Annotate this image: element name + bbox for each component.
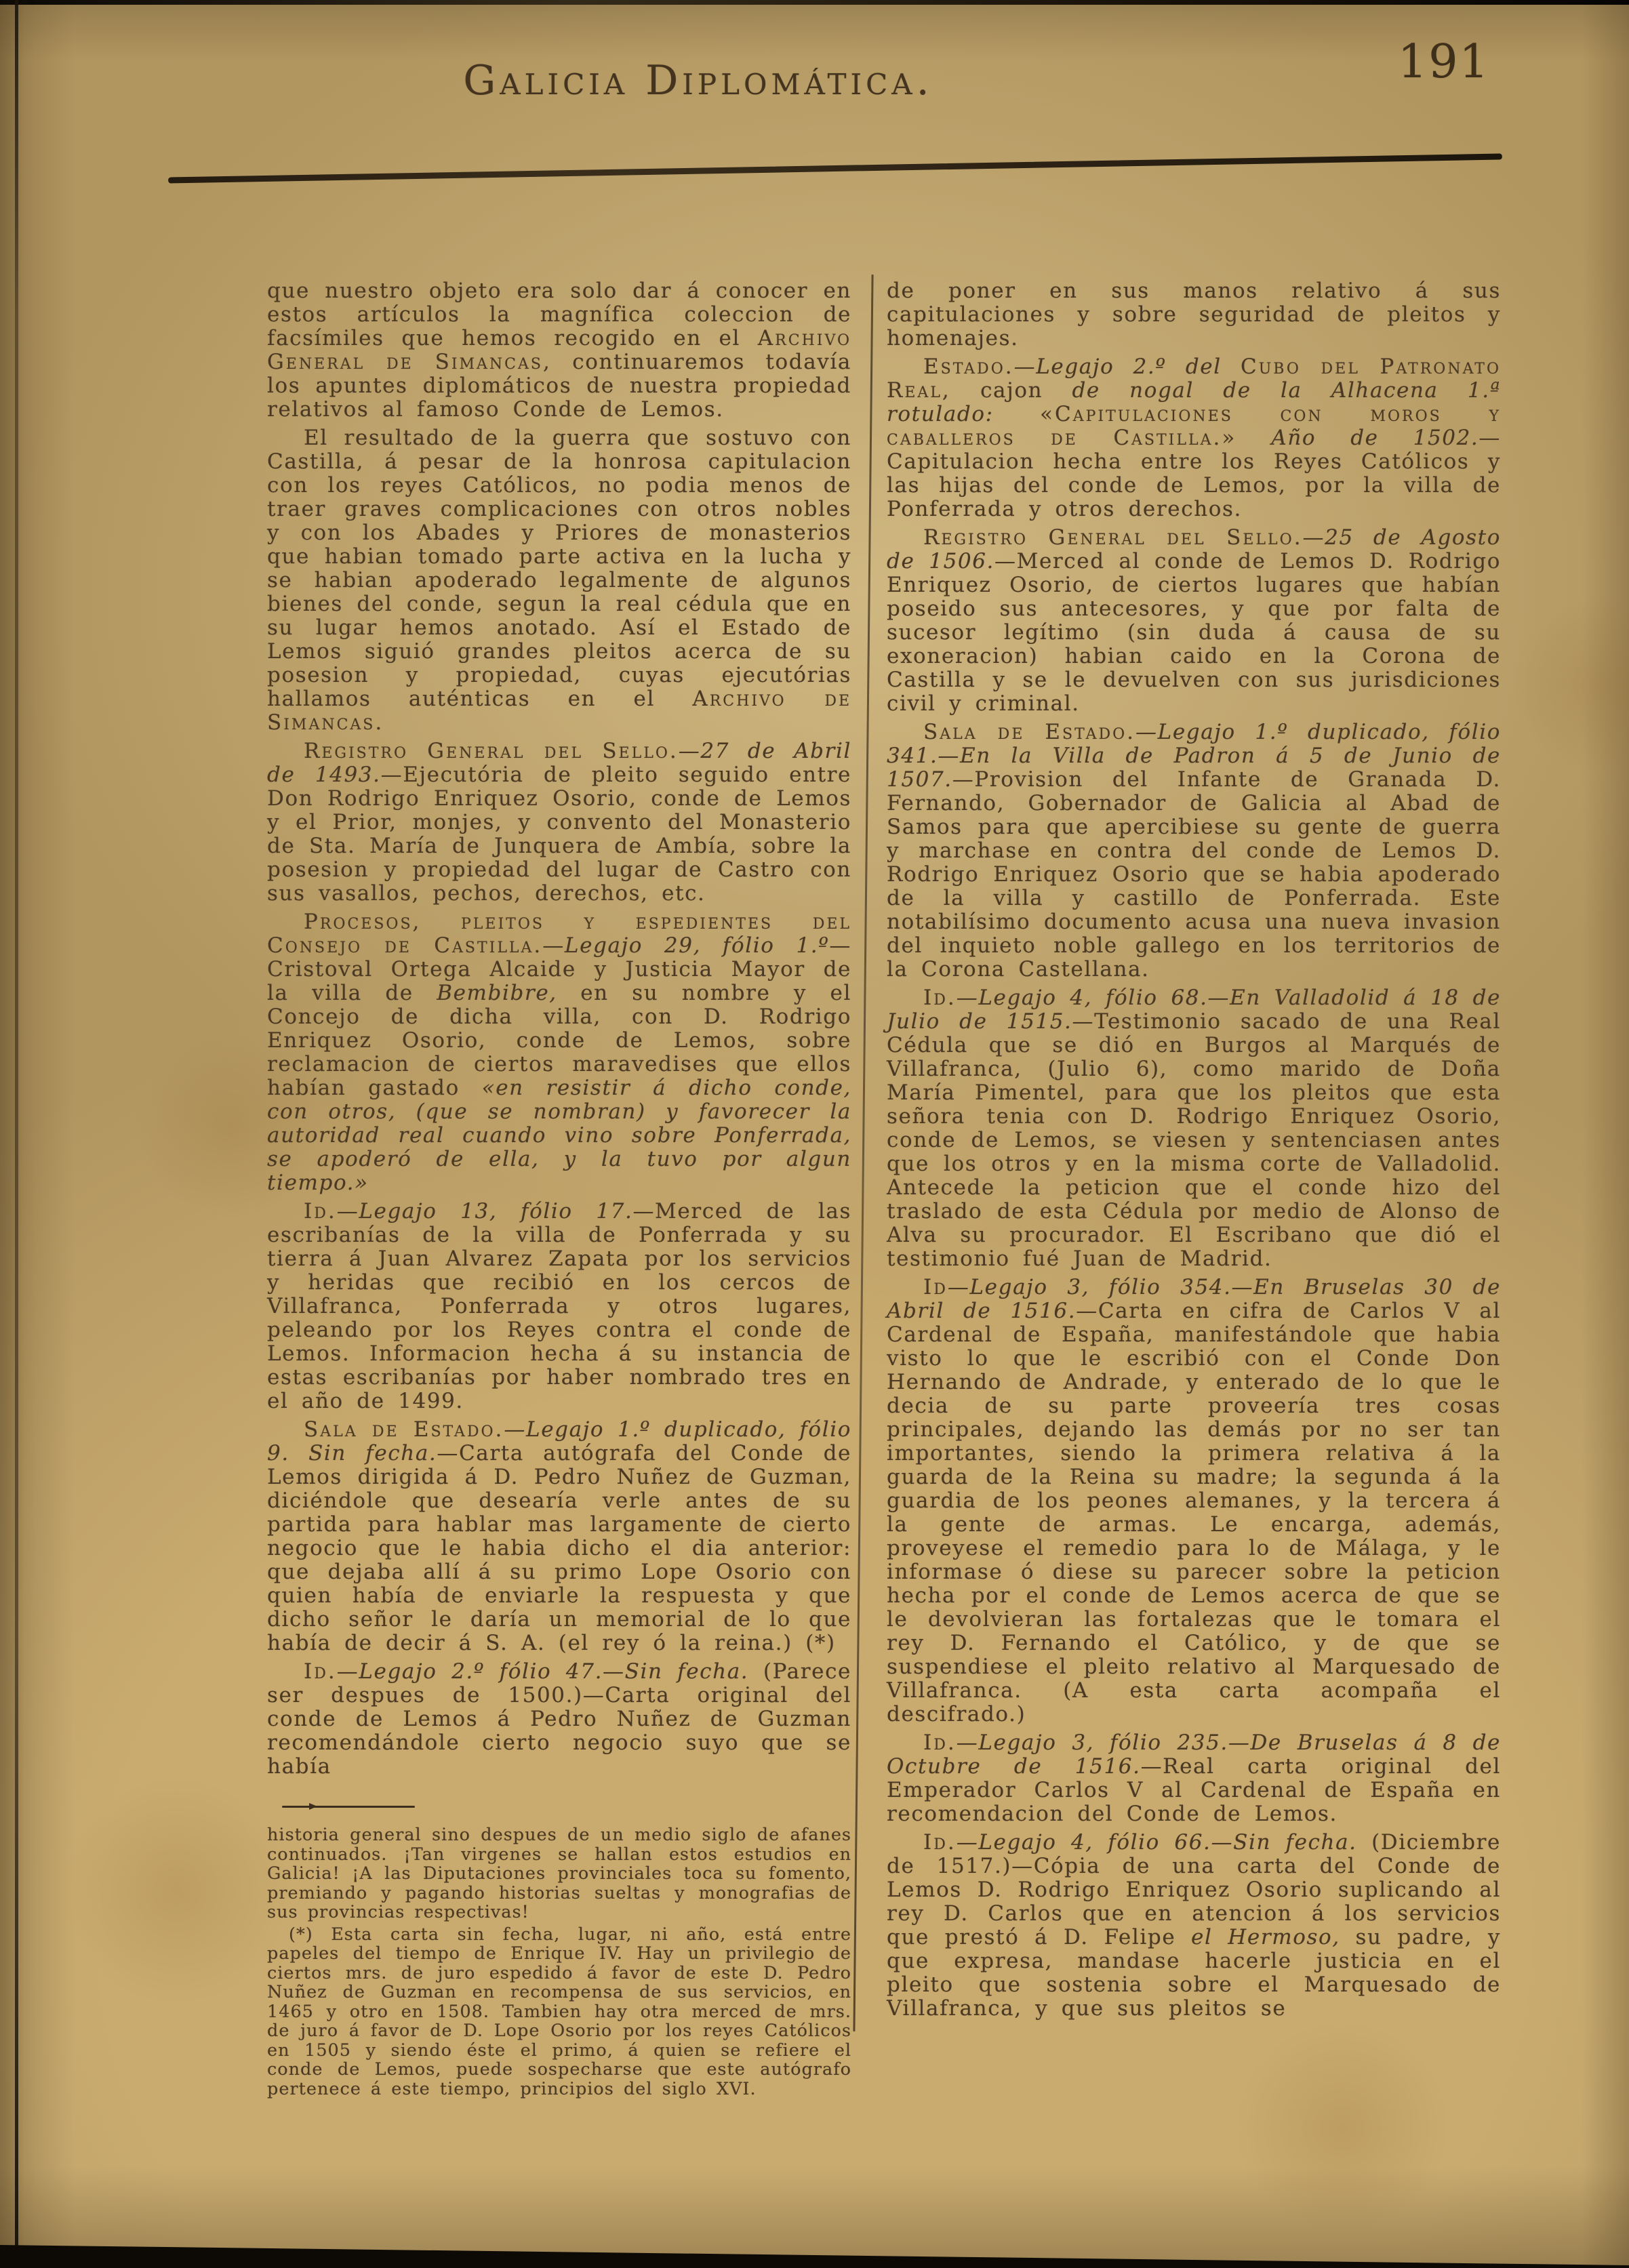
archive-name: Id. <box>304 1199 337 1223</box>
citation-reference: Bembibre, <box>437 981 557 1005</box>
body-text: (*) Esta carta sin fecha, lugar, ni año,… <box>267 1924 851 2099</box>
body-text: —Merced de las escribanías de la villa d… <box>267 1199 851 1413</box>
citation-reference: Año de 1502. <box>1236 426 1479 450</box>
paragraph: Id.—Legajo 3, fólio 235.—De Bruselas á 8… <box>887 1731 1501 1826</box>
scan-bottom-edge <box>0 2240 1629 2268</box>
body-text: El resultado de la guerra que sostuvo co… <box>267 426 851 711</box>
right-column: de poner en sus manos relativo á sus cap… <box>887 279 1501 2025</box>
archive-name: Id. <box>923 1830 957 1855</box>
archive-name: Sala de Estado. <box>923 720 1135 744</box>
archive-name: Id. <box>304 1659 337 1684</box>
paragraph: Id.—Legajo 13, fólio 17.—Merced de las e… <box>267 1200 851 1413</box>
archive-name: Registro General del Sello. <box>304 739 679 763</box>
archive-name: Id. <box>923 986 957 1010</box>
scanned-document-page: Galicia Diplomática. 191 que nuestro obj… <box>0 0 1629 2268</box>
paragraph: que nuestro objeto era solo dar á conoce… <box>267 279 851 422</box>
header-rule <box>168 153 1502 183</box>
left-column: que nuestro objeto era solo dar á conoce… <box>267 279 851 2101</box>
paragraph: de poner en sus manos relativo á sus cap… <box>887 279 1501 350</box>
body-text: —Merced al conde de Lemos D. Rodrigo Enr… <box>887 549 1501 716</box>
footnote-paragraph: historia general sino despues de un medi… <box>267 1825 851 1922</box>
paragraph: Id.—Legajo 4, fólio 66.—Sin fecha. (Dici… <box>887 1831 1501 2021</box>
archive-name: Registro General del Sello. <box>923 525 1303 550</box>
paragraph: Registro General del Sello.—25 de Agosto… <box>887 526 1501 716</box>
paragraph: Procesos, pleitos y espedientes del Cons… <box>267 910 851 1195</box>
paper-stain <box>61 1776 291 2006</box>
scan-top-edge <box>0 0 1629 5</box>
footnote-paragraph: (*) Esta carta sin fecha, lugar, ni año,… <box>267 1925 851 2099</box>
page-title: Galicia Diplomática. <box>434 57 963 104</box>
body-text: —Carta autógrafa del Conde de Lemos diri… <box>267 1441 851 1655</box>
body-text: cajon <box>951 378 1072 403</box>
citation-reference: —Legajo 2.º fólio 47.—Sin fecha. <box>337 1659 749 1684</box>
paragraph: Sala de Estado.—Legajo 1.º duplicado, fó… <box>887 721 1501 981</box>
citation-reference: —Legajo 13, fólio 17. <box>337 1199 633 1223</box>
paragraph: Id.—Legajo 4, fólio 68.—En Valladolid á … <box>887 986 1501 1271</box>
paragraph: Id—Legajo 3, fólio 354.—En Bruselas 30 d… <box>887 1276 1501 1726</box>
paragraph: El resultado de la guerra que sostuvo co… <box>267 426 851 735</box>
archive-name: Sala de Estado. <box>304 1417 504 1442</box>
citation-reference: —Legajo 4, fólio 66.—Sin fecha. <box>957 1830 1357 1855</box>
archive-name: Id <box>923 1275 948 1299</box>
paragraph: Sala de Estado.—Legajo 1.º duplicado, fó… <box>267 1418 851 1655</box>
paper-stain <box>1512 596 1629 773</box>
paper-stain <box>1234 2020 1451 2237</box>
body-text: de poner en sus manos relativo á sus cap… <box>887 279 1501 350</box>
body-text: historia general sino despues de un medi… <box>267 1825 851 1922</box>
page-fold-crease <box>15 0 18 2268</box>
body-text: —Carta en cifra de Carlos V al Cardenal … <box>887 1299 1501 1726</box>
paragraph: Registro General del Sello.—27 de Abril … <box>267 740 851 906</box>
footnote-separator-rule <box>282 1806 415 1808</box>
paragraph: Estado.—Legajo 2.º del Cubo del Patronat… <box>887 355 1501 521</box>
body-text: —Testimonio sacado de una Real Cédula qu… <box>887 1009 1501 1271</box>
citation-reference: el Hermoso, <box>1191 1925 1340 1949</box>
page-number: 191 <box>1398 35 1490 89</box>
column-divider-rule <box>853 275 873 2031</box>
citation-reference: —Legajo 29, fólio 1.º <box>542 933 829 958</box>
body-text: —Provision del Infante de Granada D. Fer… <box>887 767 1501 981</box>
archive-name: Id. <box>923 1730 957 1755</box>
archive-name: Estado. <box>923 355 1014 379</box>
citation-reference: —Legajo 2.º del <box>1014 355 1241 379</box>
paragraph: Id.—Legajo 2.º fólio 47.—Sin fecha. (Par… <box>267 1660 851 1779</box>
